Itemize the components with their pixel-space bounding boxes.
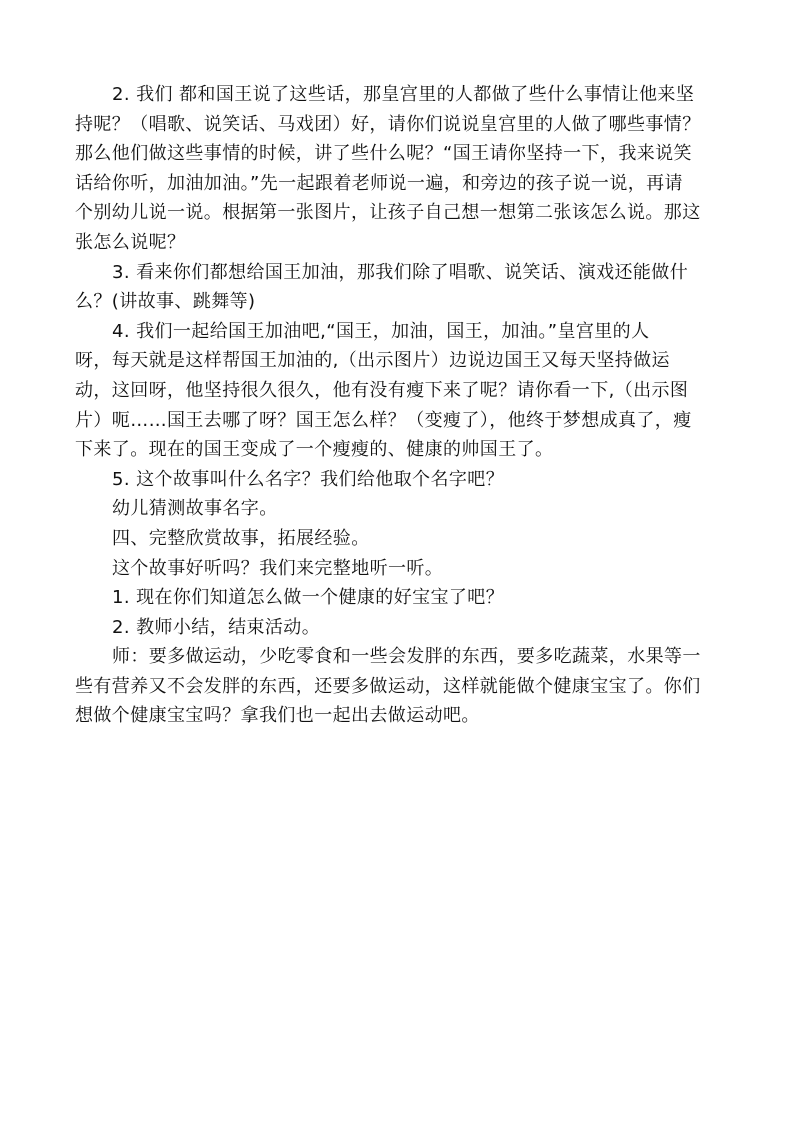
text-line: 么？(讲故事、跳舞等) — [75, 287, 725, 317]
text-line: 张怎么说呢？ — [75, 228, 725, 258]
text-line: 幼儿猜测故事名字。 — [75, 494, 725, 524]
text-line: 4. 我们一起给国王加油吧,“国王，加油，国王，加油。”皇宫里的人 — [75, 317, 725, 347]
text-line: 这个故事好听吗？我们来完整地听一听。 — [75, 554, 725, 584]
text-line: 下来了。现在的国王变成了一个瘦瘦的、健康的帅国王了。 — [75, 435, 725, 465]
text-line: 个别幼儿说一说。根据第一张图片，让孩子自己想一想第二张该怎么说。那这 — [75, 198, 725, 228]
text-line: 师：要多做运动，少吃零食和一些会发胖的东西，要多吃蔬菜，水果等一 — [75, 642, 725, 672]
section-heading: 四、完整欣赏故事，拓展经验。 — [75, 524, 725, 554]
text-line: 1. 现在你们知道怎么做一个健康的好宝宝了吧？ — [75, 583, 725, 613]
text-line: 2. 我们 都和国王说了这些话，那皇宫里的人都做了些什么事情让他来坚 — [75, 80, 725, 110]
text-line: 3. 看来你们都想给国王加油，那我们除了唱歌、说笑话、演戏还能做什 — [75, 258, 725, 288]
text-line: 想做个健康宝宝吗？拿我们也一起出去做运动吧。 — [75, 701, 725, 731]
text-line: 些有营养又不会发胖的东西，还要多做运动，这样就能做个健康宝宝了。你们 — [75, 672, 725, 702]
text-line: 呀，每天就是这样帮国王加油的,（出示图片）边说边国王又每天坚持做运 — [75, 346, 725, 376]
text-line: 那么他们做这些事情的时候，讲了些什么呢？“国王请你坚持一下，我来说笑 — [75, 139, 725, 169]
text-line: 片）呃……国王去哪了呀？国王怎么样？（变瘦了），他终于梦想成真了，瘦 — [75, 406, 725, 436]
text-line: 话给你听，加油加油。”先一起跟着老师说一遍，和旁边的孩子说一说，再请 — [75, 169, 725, 199]
text-line: 5. 这个故事叫什么名字？我们给他取个名字吧？ — [75, 465, 725, 495]
text-line: 动，这回呀，他坚持很久很久，他有没有瘦下来了呢？请你看一下,（出示图 — [75, 376, 725, 406]
text-line: 持呢？（唱歌、说笑话、马戏团）好，请你们说说皇宫里的人做了哪些事情？ — [75, 110, 725, 140]
text-line: 2. 教师小结，结束活动。 — [75, 613, 725, 643]
document-page: 2. 我们 都和国王说了这些话，那皇宫里的人都做了些什么事情让他来坚 持呢？（唱… — [0, 0, 794, 1123]
document-body: 2. 我们 都和国王说了这些话，那皇宫里的人都做了些什么事情让他来坚 持呢？（唱… — [75, 80, 725, 731]
